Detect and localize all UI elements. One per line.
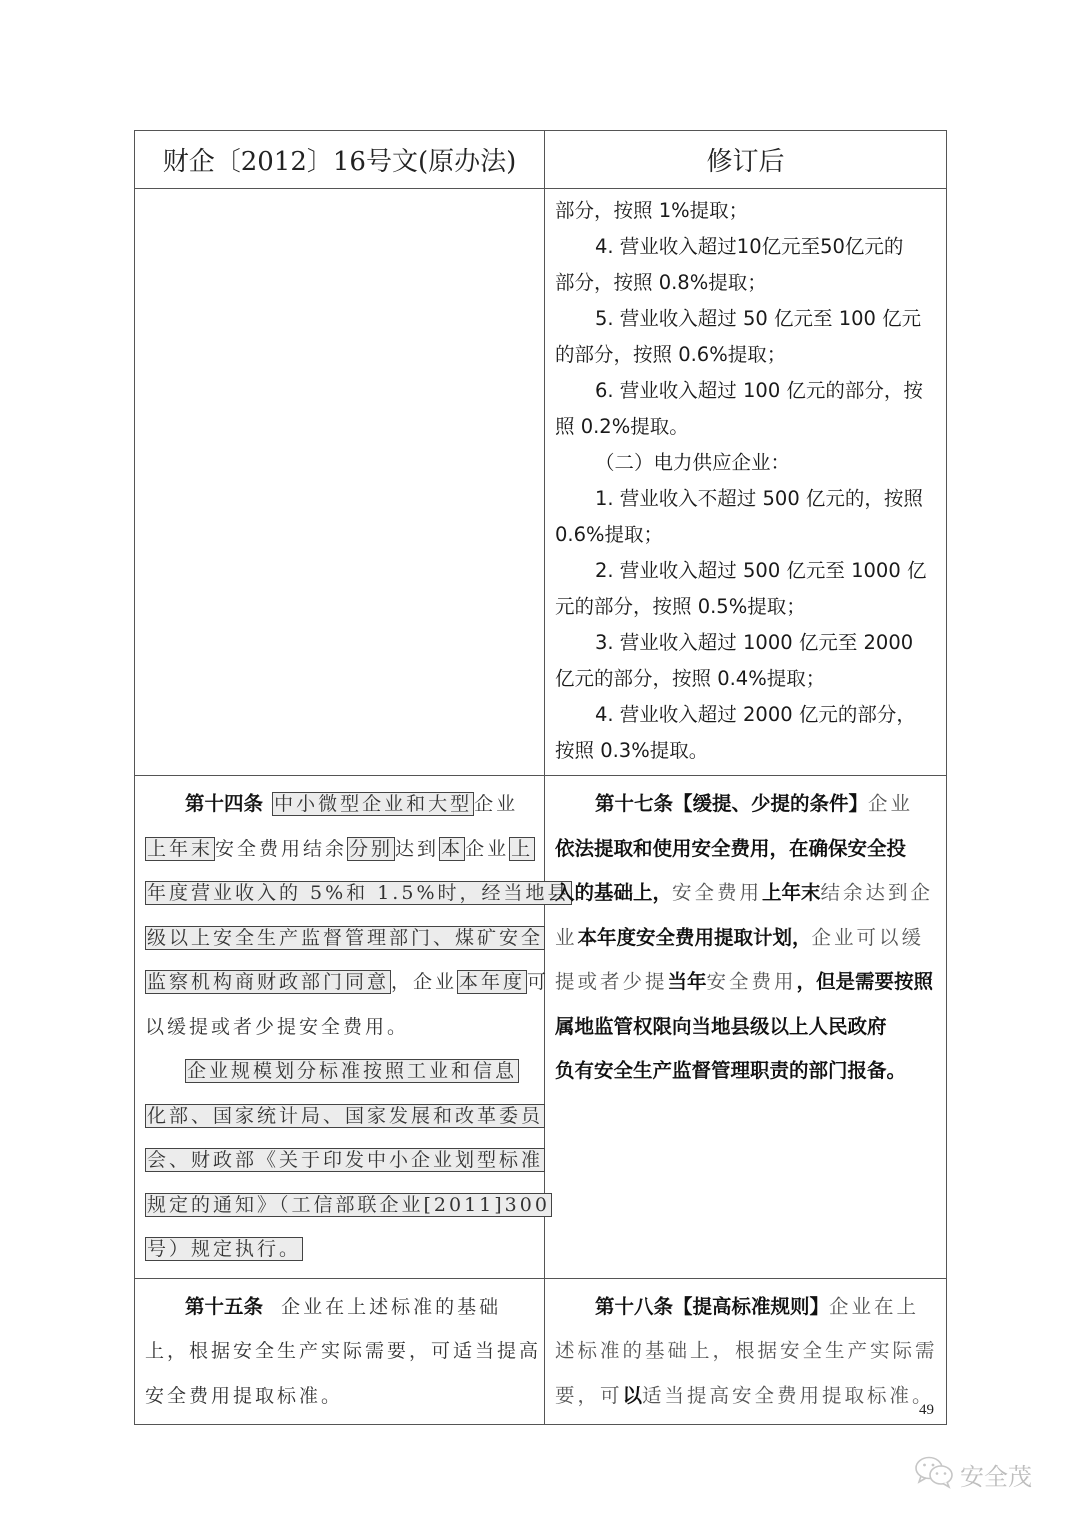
text: 安全费用 xyxy=(672,881,762,904)
article-17-text: 第十七条【缓提、少提的条件】企业 依法提取和使用安全费用，在确保安全投 入的基础… xyxy=(545,776,946,1100)
table-row: 第十四条 中小微型企业和大型企业 上年末安全费用结余分别达到本企业上 年度营业收… xyxy=(135,776,947,1279)
highlight: 年度营业收入的 5%和 1.5%时，经当地县 xyxy=(145,881,572,905)
list-item: 0.6%提取； xyxy=(555,517,936,553)
highlight: 上年末 xyxy=(145,837,215,861)
highlight: 本年度 xyxy=(457,970,527,994)
text: 企业 xyxy=(474,793,518,815)
article-title: 第十五条 xyxy=(185,1295,263,1318)
text: 当年 xyxy=(668,970,707,993)
wechat-icon xyxy=(914,1455,954,1494)
article-title: 第十七条【缓提、少提的条件】 xyxy=(595,792,868,815)
watermark: 安全茂 xyxy=(914,1455,1032,1494)
header-original: 财企〔2012〕16号文(原办法) xyxy=(135,131,545,189)
text: 述标准的基础上，根据安全生产实际需 xyxy=(555,1339,938,1362)
highlight: 监察机构商财政部门同意 xyxy=(145,970,391,994)
text: 要，可 xyxy=(555,1384,623,1407)
highlight: 上 xyxy=(509,837,535,861)
text: 以缓提或者少提安全费用。 xyxy=(145,1016,409,1038)
text: 上，根据安全生产实际需要，可适当提高 xyxy=(145,1340,541,1362)
list-item: 的部分，按照 0.6%提取； xyxy=(555,337,936,373)
list-item: 3. 营业收入超过 1000 亿元至 2000 xyxy=(555,625,936,661)
list-item: 6. 营业收入超过 100 亿元的部分，按 xyxy=(555,373,936,409)
list-item: 5. 营业收入超过 50 亿元至 100 亿元 xyxy=(555,301,936,337)
article-title: 第十八条【提高标准规则】 xyxy=(595,1295,829,1318)
highlight: 号）规定执行。 xyxy=(145,1237,303,1261)
comparison-table: 财企〔2012〕16号文(原办法) 修订后 部分，按照 1%提取；4. 营业收入… xyxy=(134,130,947,1425)
highlight: 规定的通知》（工信部联企业[2011]300 xyxy=(145,1193,552,1217)
text: 企业 xyxy=(868,792,913,815)
text: 入的基础上， xyxy=(555,881,672,904)
text: ，但是需要按照 xyxy=(797,970,934,993)
list-item: 亿元的部分，按照 0.4%提取； xyxy=(555,661,936,697)
text: 企业在上 xyxy=(829,1295,919,1318)
highlight: 分别 xyxy=(347,837,395,861)
text: ，企业 xyxy=(391,971,457,993)
revised-rate-list: 部分，按照 1%提取；4. 营业收入超过10亿元至50亿元的部分，按照 0.8%… xyxy=(545,189,946,775)
text: 属地监管权限向当地县级以上人民政府 xyxy=(555,1015,887,1038)
list-item: 照 0.2%提取。 xyxy=(555,409,936,445)
text: 提或者少提 xyxy=(555,970,668,993)
highlight: 化部、国家统计局、国家发展和改革委员 xyxy=(145,1104,545,1128)
text: 达到 xyxy=(395,838,439,860)
text: 企业 xyxy=(465,838,509,860)
highlight: 会、财政部《关于印发中小企业划型标准 xyxy=(145,1148,545,1172)
row2-revised-cell: 第十七条【缓提、少提的条件】企业 依法提取和使用安全费用，在确保安全投 入的基础… xyxy=(545,776,947,1279)
table-row: 部分，按照 1%提取；4. 营业收入超过10亿元至50亿元的部分，按照 0.8%… xyxy=(135,189,947,776)
text: 安全费用 xyxy=(707,970,797,993)
article-15-text: 第十五条 企业在上述标准的基础 上，根据安全生产实际需要，可适当提高 安全费用提… xyxy=(135,1279,544,1425)
row3-original-cell: 第十五条 企业在上述标准的基础 上，根据安全生产实际需要，可适当提高 安全费用提… xyxy=(135,1278,545,1425)
text: 依法提取和使用安全费用，在确保安全投 xyxy=(555,837,906,860)
list-item: 2. 营业收入超过 500 亿元至 1000 亿 xyxy=(555,553,936,589)
table-row: 第十五条 企业在上述标准的基础 上，根据安全生产实际需要，可适当提高 安全费用提… xyxy=(135,1278,947,1425)
list-item: 1. 营业收入不超过 500 亿元的，按照 xyxy=(555,481,936,517)
article-14-text: 第十四条 中小微型企业和大型企业 上年末安全费用结余分别达到本企业上 年度营业收… xyxy=(135,776,544,1278)
text: 安全费用提取标准。 xyxy=(145,1385,343,1407)
text: 适当提高安全费用提取标准。 xyxy=(642,1384,935,1407)
article-title: 第十四条 xyxy=(185,792,263,815)
list-item: 部分，按照 0.8%提取； xyxy=(555,265,936,301)
text: 企业可以缓 xyxy=(812,926,925,949)
text: 负有安全生产监督管理职责的部门报备。 xyxy=(555,1059,906,1082)
text: 本年度安全费用提取计划， xyxy=(578,926,812,949)
list-item: 按照 0.3%提取。 xyxy=(555,733,936,769)
header-revised: 修订后 xyxy=(545,131,947,189)
watermark-text: 安全茂 xyxy=(960,1457,1032,1492)
text: 上年末 xyxy=(762,881,821,904)
text: 企业在上述标准的基础 xyxy=(281,1296,501,1318)
highlight: 本 xyxy=(439,837,465,861)
highlight: 级以上安全生产监督管理部门、煤矿安全 xyxy=(145,926,545,950)
document-page: 财企〔2012〕16号文(原办法) 修订后 部分，按照 1%提取；4. 营业收入… xyxy=(0,0,1080,1527)
page-number: 49 xyxy=(919,1402,934,1419)
text: 安全费用结余 xyxy=(215,838,347,860)
text: 结余达到企 xyxy=(821,881,934,904)
list-item: （二）电力供应企业： xyxy=(555,445,936,481)
row1-revised-cell: 部分，按照 1%提取；4. 营业收入超过10亿元至50亿元的部分，按照 0.8%… xyxy=(545,189,947,776)
highlight: 中小微型企业和大型 xyxy=(272,792,474,816)
text: 业 xyxy=(555,926,578,949)
table-header-row: 财企〔2012〕16号文(原办法) 修订后 xyxy=(135,131,947,189)
highlight: 企业规模划分标准按照工业和信息 xyxy=(185,1059,519,1083)
text: 以 xyxy=(623,1384,643,1407)
article-18-text: 第十八条【提高标准规则】企业在上 述标准的基础上，根据安全生产实际需 要，可以适… xyxy=(545,1279,946,1425)
list-item: 元的部分，按照 0.5%提取； xyxy=(555,589,936,625)
text: 可 xyxy=(527,971,549,993)
row1-original-cell xyxy=(135,189,545,776)
list-item: 4. 营业收入超过10亿元至50亿元的 xyxy=(555,229,936,265)
list-item: 4. 营业收入超过 2000 亿元的部分， xyxy=(555,697,936,733)
list-item: 部分，按照 1%提取； xyxy=(555,193,936,229)
row3-revised-cell: 第十八条【提高标准规则】企业在上 述标准的基础上，根据安全生产实际需 要，可以适… xyxy=(545,1278,947,1425)
row2-original-cell: 第十四条 中小微型企业和大型企业 上年末安全费用结余分别达到本企业上 年度营业收… xyxy=(135,776,545,1279)
